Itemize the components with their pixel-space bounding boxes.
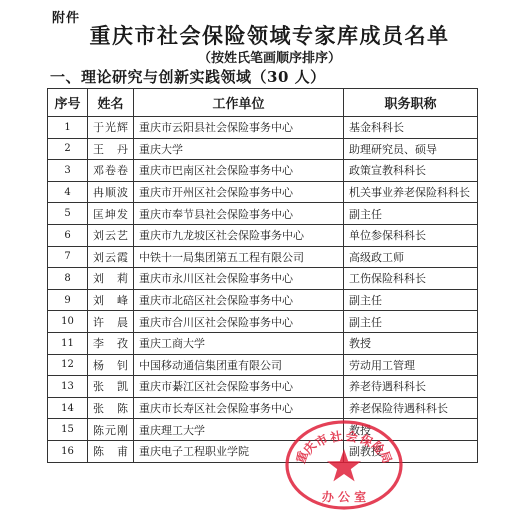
column-header-unit: 工作单位 — [134, 89, 344, 117]
row-seq: 4 — [48, 181, 88, 203]
seal-bottom-text: 办 公 室 — [322, 489, 366, 504]
table-row: 5匡坤发重庆市奉节县社会保险事务中心副主任 — [48, 203, 478, 225]
row-name: 邓卷卷 — [88, 160, 134, 182]
column-header-seq: 序号 — [48, 89, 88, 117]
document-subtitle: （按姓氏笔画顺序排序） — [0, 47, 531, 66]
table-row: 10许 晨重庆市合川区社会保险事务中心副主任 — [48, 311, 478, 333]
row-seq: 9 — [48, 289, 88, 311]
row-unit: 重庆市巴南区社会保险事务中心 — [134, 160, 344, 182]
row-unit: 重庆市九龙坡区社会保险事务中心 — [134, 224, 344, 246]
row-seq: 15 — [48, 419, 88, 441]
table-row: 14张 陈重庆市长寿区社会保险事务中心养老保险待遇科科长 — [48, 397, 478, 419]
row-title: 养老待遇科科长 — [344, 376, 478, 398]
row-name: 刘 峰 — [88, 289, 134, 311]
row-title: 副主任 — [344, 289, 478, 311]
row-title: 副主任 — [344, 311, 478, 333]
row-unit: 中国移动通信集团重有限公司 — [134, 354, 344, 376]
table-row: 9刘 峰重庆市北碚区社会保险事务中心副主任 — [48, 289, 478, 311]
table-row: 15陈元刚重庆理工大学教授 — [48, 419, 478, 441]
row-seq: 2 — [48, 138, 88, 160]
table-row: 1于光辉重庆市云阳县社会保险事务中心基金科科长 — [48, 117, 478, 139]
row-unit: 重庆市合川区社会保险事务中心 — [134, 311, 344, 333]
table-row: 3邓卷卷重庆市巴南区社会保险事务中心政策宣教科科长 — [48, 160, 478, 182]
column-header-name: 姓名 — [88, 89, 134, 117]
table-row: 8刘 莉重庆市永川区社会保险事务中心工伤保险科科长 — [48, 268, 478, 290]
table-row: 7刘云霞中铁十一局集团第五工程有限公司高级政工师 — [48, 246, 478, 268]
row-name: 陈 甫 — [88, 440, 134, 462]
row-name: 刘云霞 — [88, 246, 134, 268]
row-unit: 重庆理工大学 — [134, 419, 344, 441]
row-title: 养老保险待遇科科长 — [344, 397, 478, 419]
row-unit: 重庆市永川区社会保险事务中心 — [134, 268, 344, 290]
row-name: 李 孜 — [88, 332, 134, 354]
row-seq: 12 — [48, 354, 88, 376]
row-name: 陈元刚 — [88, 419, 134, 441]
row-unit: 重庆市云阳县社会保险事务中心 — [134, 117, 344, 139]
row-name: 张 凯 — [88, 376, 134, 398]
row-title: 政策宣教科科长 — [344, 160, 478, 182]
row-unit: 重庆工商大学 — [134, 332, 344, 354]
row-name: 张 陈 — [88, 397, 134, 419]
expert-roster-table: 序号 姓名 工作单位 职务职称 1于光辉重庆市云阳县社会保险事务中心基金科科长2… — [47, 88, 478, 463]
row-seq: 1 — [48, 117, 88, 139]
row-title: 机关事业养老保险科科长 — [344, 181, 478, 203]
row-title: 高级政工师 — [344, 246, 478, 268]
row-unit: 重庆大学 — [134, 138, 344, 160]
row-unit: 重庆市綦江区社会保险事务中心 — [134, 376, 344, 398]
row-name: 杨 钊 — [88, 354, 134, 376]
column-header-title: 职务职称 — [344, 89, 478, 117]
row-seq: 6 — [48, 224, 88, 246]
row-title: 副教授 — [344, 440, 478, 462]
row-seq: 10 — [48, 311, 88, 333]
row-title: 助理研究员、硕导 — [344, 138, 478, 160]
row-seq: 11 — [48, 332, 88, 354]
row-unit: 重庆市奉节县社会保险事务中心 — [134, 203, 344, 225]
row-name: 许 晨 — [88, 311, 134, 333]
row-name: 匡坤发 — [88, 203, 134, 225]
table-row: 4冉顺波重庆市开州区社会保险事务中心机关事业养老保险科科长 — [48, 181, 478, 203]
row-title: 基金科科长 — [344, 117, 478, 139]
row-seq: 8 — [48, 268, 88, 290]
row-name: 冉顺波 — [88, 181, 134, 203]
row-seq: 13 — [48, 376, 88, 398]
table-row: 12杨 钊中国移动通信集团重有限公司劳动用工管理 — [48, 354, 478, 376]
table-row: 11李 孜重庆工商大学教授 — [48, 332, 478, 354]
table-row: 2王 丹重庆大学助理研究员、硕导 — [48, 138, 478, 160]
document-title: 重庆市社会保险领域专家库成员名单 — [0, 20, 531, 50]
row-title: 教授 — [344, 419, 478, 441]
table-header-row: 序号 姓名 工作单位 职务职称 — [48, 89, 478, 117]
row-unit: 重庆市北碚区社会保险事务中心 — [134, 289, 344, 311]
row-name: 于光辉 — [88, 117, 134, 139]
table-body: 1于光辉重庆市云阳县社会保险事务中心基金科科长2王 丹重庆大学助理研究员、硕导3… — [48, 117, 478, 463]
row-title: 工伤保险科科长 — [344, 268, 478, 290]
table-row: 6刘云艺重庆市九龙坡区社会保险事务中心单位参保科科长 — [48, 224, 478, 246]
row-seq: 3 — [48, 160, 88, 182]
row-seq: 5 — [48, 203, 88, 225]
row-name: 王 丹 — [88, 138, 134, 160]
table-row: 16陈 甫重庆电子工程职业学院副教授 — [48, 440, 478, 462]
row-unit: 重庆市长寿区社会保险事务中心 — [134, 397, 344, 419]
row-unit: 重庆电子工程职业学院 — [134, 440, 344, 462]
row-title: 劳动用工管理 — [344, 354, 478, 376]
row-seq: 16 — [48, 440, 88, 462]
row-name: 刘云艺 — [88, 224, 134, 246]
row-name: 刘 莉 — [88, 268, 134, 290]
row-unit: 中铁十一局集团第五工程有限公司 — [134, 246, 344, 268]
section-heading: 一、理论研究与创新实践领域（30 人） — [50, 66, 326, 87]
table-row: 13张 凯重庆市綦江区社会保险事务中心养老待遇科科长 — [48, 376, 478, 398]
row-seq: 14 — [48, 397, 88, 419]
row-title: 副主任 — [344, 203, 478, 225]
row-title: 教授 — [344, 332, 478, 354]
row-seq: 7 — [48, 246, 88, 268]
row-unit: 重庆市开州区社会保险事务中心 — [134, 181, 344, 203]
row-title: 单位参保科科长 — [344, 224, 478, 246]
